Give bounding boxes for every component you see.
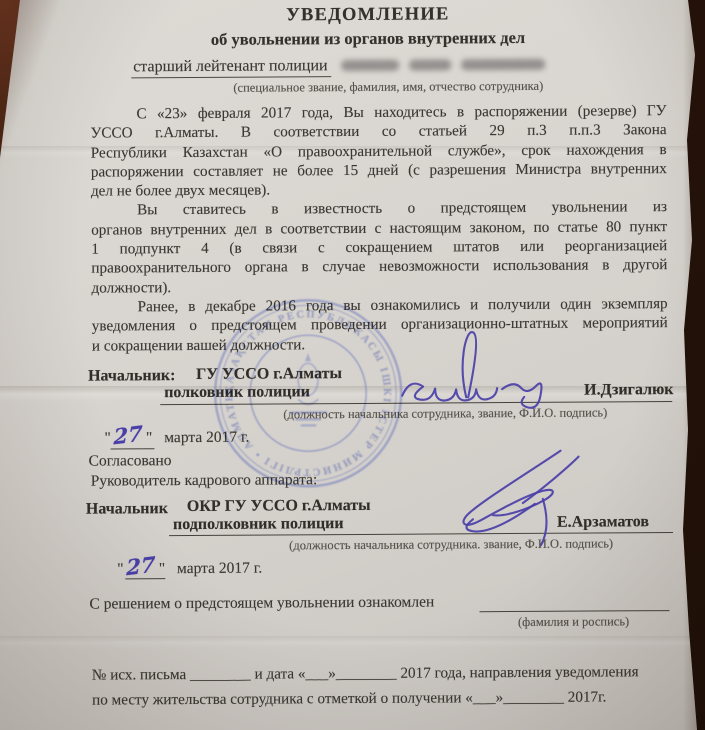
- redacted-name-blur: [462, 59, 546, 71]
- redacted-name-blur: [410, 59, 452, 70]
- paragraph-line: правоохранительного органа в случае нево…: [91, 255, 667, 278]
- footer-line: № исх. письма ________ и дата «___»_____…: [92, 659, 684, 688]
- photo-background: УВЕДОМЛЕНИЕ об увольнении из органов вну…: [0, 0, 705, 730]
- rank-caption: (специальное звание, фамилия, имя, отчес…: [148, 78, 628, 96]
- official-round-stamp-icon: ҚАЗАҚСТАН РЕСПУБЛИКАСЫ ІШКІ ІСТЕР МИНИСТ…: [205, 295, 416, 496]
- chief2-date: "27" марта 2017 г.: [117, 553, 262, 579]
- document-title: УВЕДОМЛЕНИЕ: [88, 3, 648, 27]
- day-underline: [125, 578, 165, 580]
- agreed-label: Согласовано: [89, 452, 172, 471]
- document-subtitle: об увольнении из органов внутренних дел: [88, 27, 648, 50]
- acknowledgement-caption: (фамилия и роспись): [474, 614, 674, 630]
- quote-mark: ": [159, 560, 165, 577]
- rank-line: старший лейтенант полиции: [131, 56, 545, 77]
- footer-note: № исх. письма ________ и дата «___»_____…: [92, 659, 684, 713]
- acknowledgement-text: С решением о предстоящем увольнении озна…: [89, 594, 434, 614]
- chief1-name: И.Дзигалюк: [584, 381, 673, 400]
- chief2-label: Начальник: [86, 500, 168, 519]
- chief2-rank: подполковник полиции: [173, 515, 344, 534]
- quote-mark: ": [104, 429, 110, 446]
- quote-mark: ": [117, 560, 123, 577]
- footer-line: по месту жительства сотрудника с отметко…: [92, 684, 684, 713]
- day-underline: [111, 448, 155, 450]
- quote-mark: ": [146, 429, 152, 446]
- chief2-org: ОКР ГУ УССО г.Алматы: [187, 497, 371, 516]
- rank-text: старший лейтенант полиции: [131, 57, 332, 78]
- handwritten-day: 27: [127, 551, 156, 580]
- chief2-date-suffix: марта 2017 г.: [177, 560, 262, 578]
- redacted-name-blur: [342, 60, 400, 71]
- signature-chief2: [440, 436, 606, 552]
- signature-chief1: [390, 317, 566, 413]
- acknowledgement-blank-line: [480, 610, 670, 613]
- document-paper: УВЕДОМЛЕНИЕ об увольнении из органов вну…: [0, 0, 705, 730]
- chief1-label: Начальник:: [88, 367, 175, 386]
- handwritten-day: 27: [114, 420, 143, 449]
- paragraph-line: распоряжении составляет не более 15 дней…: [91, 159, 667, 182]
